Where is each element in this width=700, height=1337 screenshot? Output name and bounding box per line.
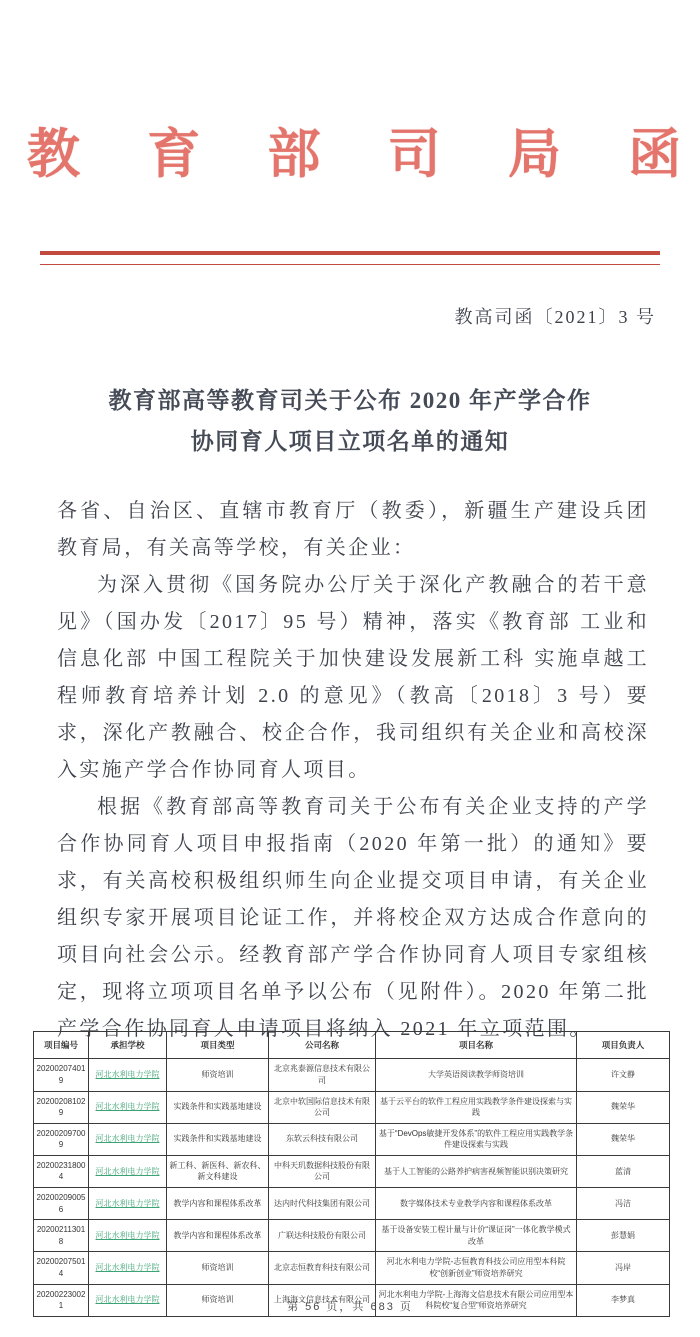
project-type-cell: 教学内容和课程体系改革 — [167, 1188, 269, 1220]
header-leader: 项目负责人 — [577, 1032, 670, 1059]
project-type-cell: 教学内容和课程体系改革 — [167, 1220, 269, 1252]
project-number-cell: 202002081029 — [34, 1091, 89, 1123]
school-link[interactable]: 河北水利电力学院 — [96, 1167, 160, 1176]
notice-body: 各省、自治区、直辖市教育厅（教委），新疆生产建设兵团教育局，有关高等学校，有关企… — [57, 493, 649, 1048]
body-paragraph-2: 根据《教育部高等教育司关于公布有关企业支持的产学合作协同育人项目申报指南（202… — [57, 789, 649, 1048]
table-row: 202002090056 河北水利电力学院 教学内容和课程体系改革 达内时代科技… — [34, 1188, 670, 1220]
leader-cell: 魏荣华 — [577, 1123, 670, 1155]
company-cell: 北京志恒教育科技有限公司 — [269, 1252, 376, 1284]
notice-title-line2: 协同育人项目立项名单的通知 — [0, 421, 700, 462]
leader-cell: 冯洁 — [577, 1188, 670, 1220]
body-paragraph-1: 为深入贯彻《国务院办公厅关于深化产教融合的若干意见》（国办发〔2017〕95 号… — [57, 567, 649, 789]
header-project-type: 项目类型 — [167, 1032, 269, 1059]
project-name-cell: 基于“DevOps敏捷开发体系”的软件工程应用实践教学条件建设探索与实践 — [376, 1123, 577, 1155]
project-number-cell: 202002097009 — [34, 1123, 89, 1155]
project-name-cell: 大学英语阅读教学师资培训 — [376, 1059, 577, 1091]
school-link[interactable]: 河北水利电力学院 — [96, 1199, 160, 1208]
project-type-cell: 师资培训 — [167, 1059, 269, 1091]
project-number-cell: 202002090056 — [34, 1188, 89, 1220]
document-number: 教高司函〔2021〕3 号 — [455, 303, 657, 329]
leader-cell: 彭慧娟 — [577, 1220, 670, 1252]
notice-title-line1: 教育部高等教育司关于公布 2020 年产学合作 — [0, 380, 700, 421]
leader-cell: 冯岸 — [577, 1252, 670, 1284]
project-name-cell: 数字媒体技术专业教学内容和课程体系改革 — [376, 1188, 577, 1220]
table-row: 202002075014 河北水利电力学院 师资培训 北京志恒教育科技有限公司 … — [34, 1252, 670, 1284]
salutation: 各省、自治区、直辖市教育厅（教委），新疆生产建设兵团教育局，有关高等学校，有关企… — [57, 493, 649, 567]
project-name-cell: 基于云平台的软件工程应用实践教学条件建设探索与实践 — [376, 1091, 577, 1123]
header-project-number: 项目编号 — [34, 1032, 89, 1059]
company-cell: 中科天玑数据科技股份有限公司 — [269, 1155, 376, 1187]
company-cell: 广联达科技股份有限公司 — [269, 1220, 376, 1252]
school-link[interactable]: 河北水利电力学院 — [96, 1070, 160, 1079]
letterhead-title: 教 育 部 司 局 函 件 — [0, 112, 700, 188]
school-link[interactable]: 河北水利电力学院 — [96, 1102, 160, 1111]
leader-cell: 蓝清 — [577, 1155, 670, 1187]
school-cell: 河北水利电力学院 — [89, 1252, 167, 1284]
project-number-cell: 202002075014 — [34, 1252, 89, 1284]
school-cell: 河北水利电力学院 — [89, 1059, 167, 1091]
project-name-cell: 基于设备安装工程计量与计价“课证岗”一体化教学模式改革 — [376, 1220, 577, 1252]
table-row: 202002318004 河北水利电力学院 新工科、新医科、新农科、新文科建设 … — [34, 1155, 670, 1187]
header-project-name: 项目名称 — [376, 1032, 577, 1059]
school-link[interactable]: 河北水利电力学院 — [96, 1134, 160, 1143]
school-link[interactable]: 河北水利电力学院 — [96, 1263, 160, 1272]
project-type-cell: 师资培训 — [167, 1252, 269, 1284]
company-cell: 东软云科技有限公司 — [269, 1123, 376, 1155]
page-number-footer: 第 56 页，共 683 页 — [0, 1298, 700, 1314]
leader-cell: 魏荣华 — [577, 1091, 670, 1123]
project-number-cell: 202002113018 — [34, 1220, 89, 1252]
school-cell: 河北水利电力学院 — [89, 1091, 167, 1123]
table-row: 202002074019 河北水利电力学院 师资培训 北京兆泰源信息技术有限公司… — [34, 1059, 670, 1091]
school-link[interactable]: 河北水利电力学院 — [96, 1231, 160, 1240]
notice-title: 教育部高等教育司关于公布 2020 年产学合作 协同育人项目立项名单的通知 — [0, 380, 700, 462]
company-cell: 北京中软国际信息技术有限公司 — [269, 1091, 376, 1123]
project-name-cell: 河北水利电力学院-志恒教育科技公司应用型本科院校“创新创业”师资培养研究 — [376, 1252, 577, 1284]
letterhead-divider-rule — [40, 251, 660, 265]
table-header-row: 项目编号 承担学校 项目类型 公司名称 项目名称 项目负责人 — [34, 1032, 670, 1059]
project-type-cell: 实践条件和实践基地建设 — [167, 1123, 269, 1155]
header-school: 承担学校 — [89, 1032, 167, 1059]
project-number-cell: 202002318004 — [34, 1155, 89, 1187]
school-cell: 河北水利电力学院 — [89, 1155, 167, 1187]
project-type-cell: 实践条件和实践基地建设 — [167, 1091, 269, 1123]
header-company: 公司名称 — [269, 1032, 376, 1059]
table-row: 202002097009 河北水利电力学院 实践条件和实践基地建设 东软云科技有… — [34, 1123, 670, 1155]
school-cell: 河北水利电力学院 — [89, 1123, 167, 1155]
company-cell: 达内时代科技集团有限公司 — [269, 1188, 376, 1220]
table-row: 202002081029 河北水利电力学院 实践条件和实践基地建设 北京中软国际… — [34, 1091, 670, 1123]
project-name-cell: 基于人工智能的公路养护病害视频智能识别决策研究 — [376, 1155, 577, 1187]
school-cell: 河北水利电力学院 — [89, 1220, 167, 1252]
leader-cell: 许文静 — [577, 1059, 670, 1091]
project-table: 项目编号 承担学校 项目类型 公司名称 项目名称 项目负责人 202002074… — [33, 1031, 670, 1317]
company-cell: 北京兆泰源信息技术有限公司 — [269, 1059, 376, 1091]
project-number-cell: 202002074019 — [34, 1059, 89, 1091]
project-type-cell: 新工科、新医科、新农科、新文科建设 — [167, 1155, 269, 1187]
table-row: 202002113018 河北水利电力学院 教学内容和课程体系改革 广联达科技股… — [34, 1220, 670, 1252]
scanned-document-page: 教 育 部 司 局 函 件 教高司函〔2021〕3 号 教育部高等教育司关于公布… — [0, 0, 700, 1337]
school-cell: 河北水利电力学院 — [89, 1188, 167, 1220]
